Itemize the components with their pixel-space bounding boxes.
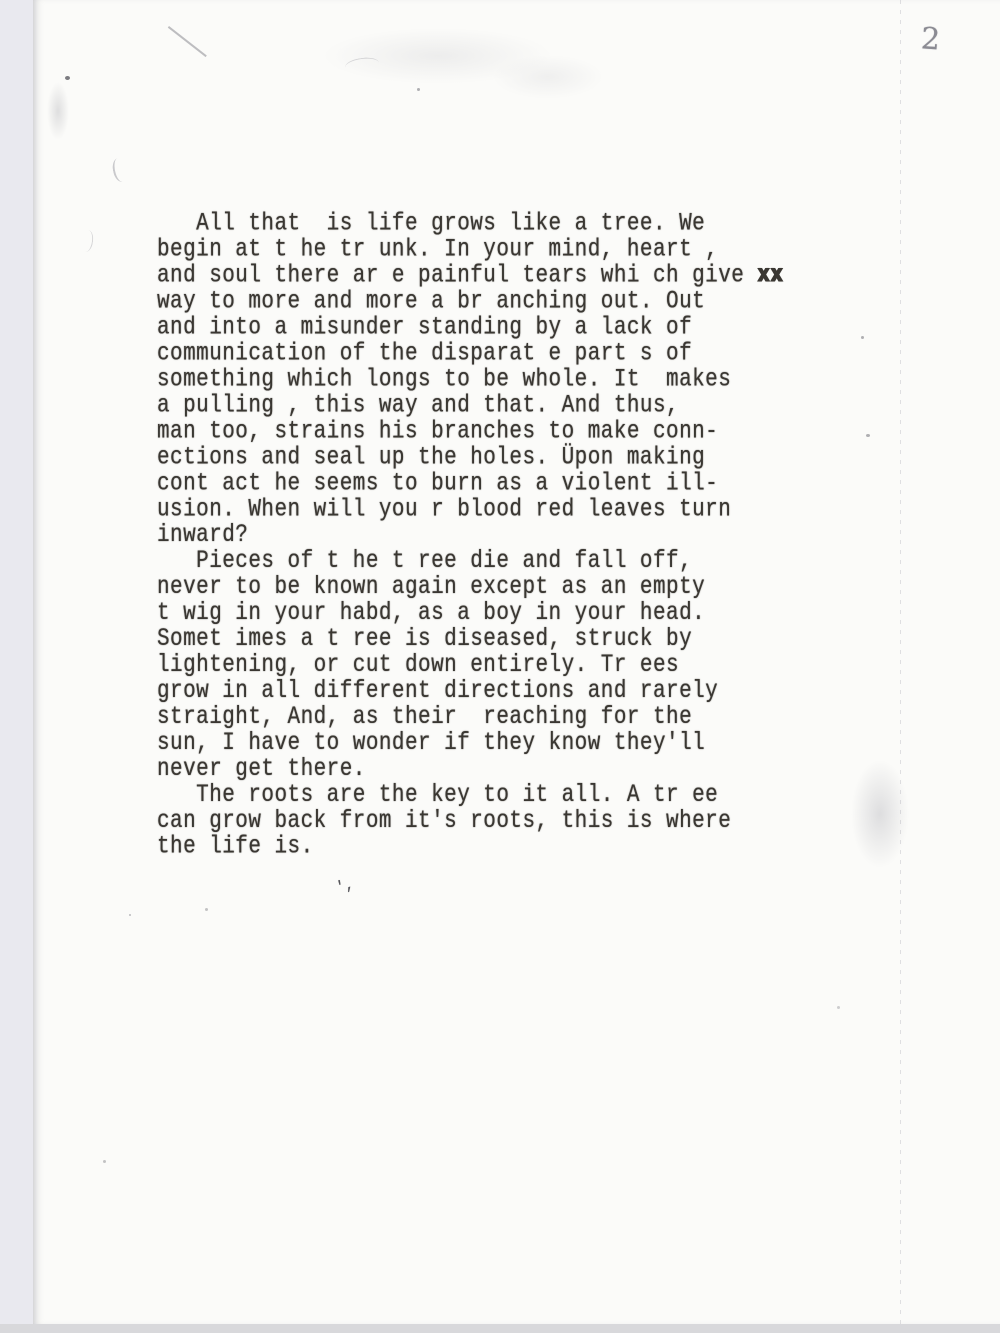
paper-speck (65, 76, 70, 80)
paper-sheet: 2 All that is life grows like a tree. We… (33, 0, 1000, 1324)
text-line: way to more and more a br anching out. O… (157, 290, 784, 316)
text-line: ections and seal up the holes. Üpon maki… (157, 446, 784, 472)
text-line: Pieces of t he t ree die and fall off, (157, 549, 784, 575)
text-line: t wig in your habd, as a boy in your hea… (157, 601, 784, 627)
text-line: lightening, or cut down entirely. Tr ees (157, 653, 784, 679)
typewritten-text: All that is life grows like a tree. Webe… (157, 212, 784, 861)
handwritten-page-number: 2 (920, 21, 941, 57)
text-line: and soul there ar e painful tears whi ch… (157, 264, 784, 290)
paper-speck (129, 914, 131, 916)
paper-speck (103, 1160, 106, 1163)
pencil-scuff (344, 56, 380, 75)
paper-speck (837, 1006, 840, 1009)
overstruck-text: xx (757, 263, 783, 290)
text-line: can grow back from it's roots, this is w… (157, 809, 784, 835)
text-line: grow in all different directions and rar… (157, 679, 784, 705)
stray-ink-mark: ', (334, 876, 355, 896)
pencil-scuff (111, 157, 130, 183)
text-line: begin at t he tr unk. In your mind, hear… (157, 238, 784, 264)
text-line: cont act he seems to burn as a violent i… (157, 472, 784, 498)
text-line: communication of the disparat e part s o… (157, 342, 784, 368)
text-line: All that is life grows like a tree. We (157, 212, 784, 238)
text-line: never to be known again except as an emp… (157, 575, 784, 601)
scanned-document-page: 2 All that is life grows like a tree. We… (0, 0, 1000, 1333)
text-line: something which longs to be whole. It ma… (157, 368, 784, 394)
paper-smudge (47, 82, 69, 140)
paper-speck (417, 88, 420, 91)
text-line: The roots are the key to it all. A tr ee (157, 783, 784, 809)
text-line: and into a misunder standing by a lack o… (157, 316, 784, 342)
pencil-scuff (168, 26, 207, 57)
paper-speck (205, 908, 208, 911)
text-line: straight, And, as their reaching for the (157, 705, 784, 731)
paper-speck (861, 336, 864, 339)
paper-smudge (493, 55, 603, 99)
text-line: never get there. (157, 757, 784, 783)
text-line: man too, strains his branches to make co… (157, 420, 784, 446)
text-line: the life is. (157, 835, 784, 861)
paper-smudge (323, 28, 553, 84)
text-line: a pulling , this way and that. And thus, (157, 394, 784, 420)
text-line: inward? (157, 524, 784, 550)
scanner-edge-bottom (0, 1324, 1000, 1333)
scan-seam-line (900, 0, 901, 1324)
paper-speck (866, 434, 870, 437)
text-line: usion. When will you r blood red leaves … (157, 498, 784, 524)
pencil-scuff (80, 229, 95, 252)
text-line: Somet imes a t ree is diseased, struck b… (157, 627, 784, 653)
text-line: sun, I have to wonder if they know they'… (157, 731, 784, 757)
